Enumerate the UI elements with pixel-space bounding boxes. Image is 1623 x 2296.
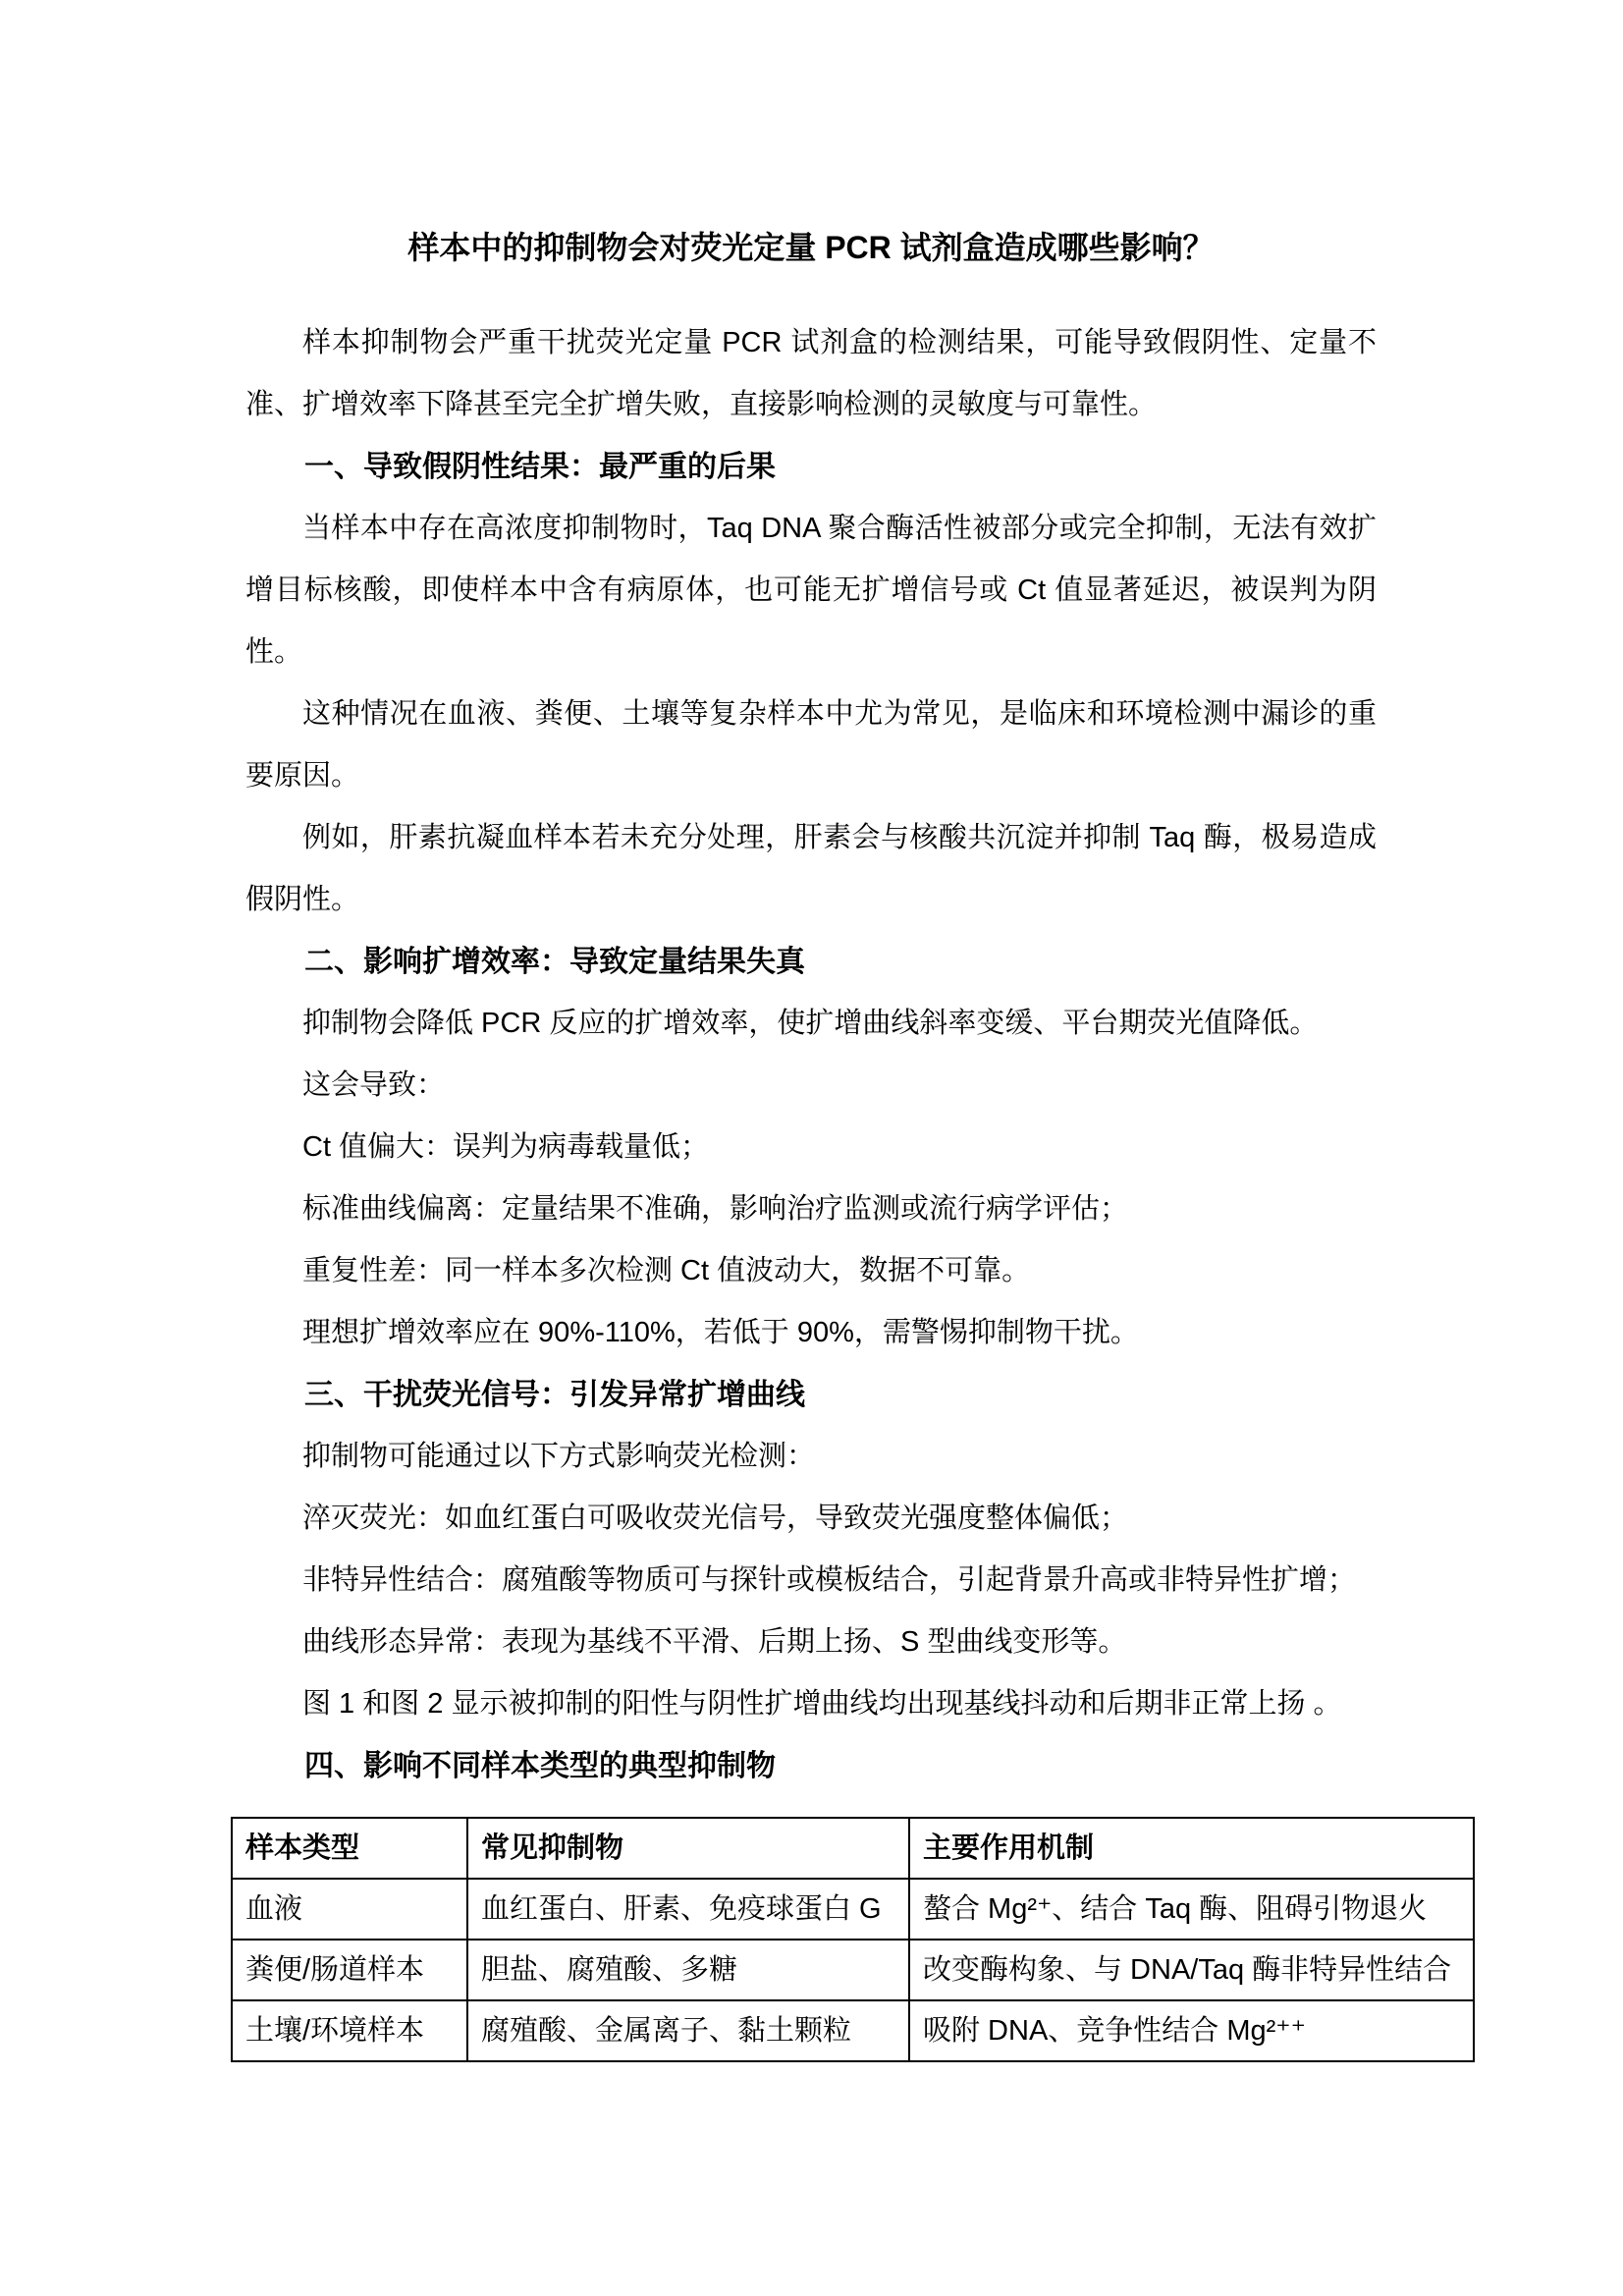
table-row: 粪便/肠道样本胆盐、腐殖酸、多糖改变酶构象、与 DNA/Taq 酶非特异性结合 bbox=[232, 1940, 1474, 2000]
table-cell: 血红蛋白、肝素、免疫球蛋白 G bbox=[467, 1879, 909, 1940]
table-cell: 腐殖酸、金属离子、黏土颗粒 bbox=[467, 2000, 909, 2061]
section-heading: 一、导致假阴性结果：最严重的后果 bbox=[245, 436, 1377, 498]
table-header-cell: 样本类型 bbox=[232, 1818, 467, 1879]
table-header-row: 样本类型常见抑制物主要作用机制 bbox=[232, 1818, 1474, 1879]
table-cell: 血液 bbox=[232, 1879, 467, 1940]
body-paragraph: 标准曲线偏离：定量结果不准确，影响治疗监测或流行病学评估； bbox=[245, 1178, 1377, 1240]
table-row: 土壤/环境样本腐殖酸、金属离子、黏土颗粒吸附 DNA、竞争性结合 Mg²⁺⁺ bbox=[232, 2000, 1474, 2061]
body-paragraph: 淬灭荧光：如血红蛋白可吸收荧光信号，导致荧光强度整体偏低； bbox=[245, 1488, 1377, 1550]
body-paragraph: 这种情况在血液、粪便、土壤等复杂样本中尤为常见，是临床和环境检测中漏诊的重要原因… bbox=[245, 683, 1377, 807]
body-paragraph: 抑制物会降低 PCR 反应的扩增效率，使扩增曲线斜率变缓、平台期荧光值降低。 bbox=[245, 993, 1377, 1055]
body-paragraph: 非特异性结合：腐殖酸等物质可与探针或模板结合，引起背景升高或非特异性扩增； bbox=[245, 1550, 1377, 1612]
section-heading: 四、影响不同样本类型的典型抑制物 bbox=[245, 1735, 1377, 1797]
table-cell: 土壤/环境样本 bbox=[232, 2000, 467, 2061]
body-paragraph: 理想扩增效率应在 90%-110%，若低于 90%，需警惕抑制物干扰。 bbox=[245, 1302, 1377, 1364]
body-paragraph: 样本抑制物会严重干扰荧光定量 PCR 试剂盒的检测结果，可能导致假阴性、定量不准… bbox=[245, 312, 1377, 436]
inhibitors-table: 样本类型常见抑制物主要作用机制 血液血红蛋白、肝素、免疫球蛋白 G螯合 Mg²⁺… bbox=[231, 1817, 1475, 2062]
table-cell: 胆盐、腐殖酸、多糖 bbox=[467, 1940, 909, 2000]
table-header-cell: 常见抑制物 bbox=[467, 1818, 909, 1879]
body-paragraph: 这会导致： bbox=[245, 1055, 1377, 1117]
table-header-cell: 主要作用机制 bbox=[909, 1818, 1474, 1879]
document-title: 样本中的抑制物会对荧光定量 PCR 试剂盒造成哪些影响？ bbox=[245, 226, 1377, 269]
body-paragraph: 抑制物可能通过以下方式影响荧光检测： bbox=[245, 1426, 1377, 1488]
body-paragraph: 当样本中存在高浓度抑制物时，Taq DNA 聚合酶活性被部分或完全抑制，无法有效… bbox=[245, 498, 1377, 683]
section-heading: 二、影响扩增效率：导致定量结果失真 bbox=[245, 931, 1377, 993]
section-heading: 三、干扰荧光信号：引发异常扩增曲线 bbox=[245, 1364, 1377, 1426]
body-paragraph: 例如，肝素抗凝血样本若未充分处理，肝素会与核酸共沉淀并抑制 Taq 酶，极易造成… bbox=[245, 807, 1377, 931]
table-cell: 螯合 Mg²⁺、结合 Taq 酶、阻碍引物退火 bbox=[909, 1879, 1474, 1940]
table-cell: 改变酶构象、与 DNA/Taq 酶非特异性结合 bbox=[909, 1940, 1474, 2000]
body-paragraph: 图 1 和图 2 显示被抑制的阳性与阴性扩增曲线均出现基线抖动和后期非正常上扬 … bbox=[245, 1673, 1377, 1735]
table-cell: 粪便/肠道样本 bbox=[232, 1940, 467, 2000]
body-paragraph: 重复性差：同一样本多次检测 Ct 值波动大，数据不可靠。 bbox=[245, 1240, 1377, 1302]
body-paragraph: 曲线形态异常：表现为基线不平滑、后期上扬、S 型曲线变形等。 bbox=[245, 1612, 1377, 1673]
table-row: 血液血红蛋白、肝素、免疫球蛋白 G螯合 Mg²⁺、结合 Taq 酶、阻碍引物退火 bbox=[232, 1879, 1474, 1940]
body-paragraph: Ct 值偏大：误判为病毒载量低； bbox=[245, 1117, 1377, 1178]
document-body: 样本抑制物会严重干扰荧光定量 PCR 试剂盒的检测结果，可能导致假阴性、定量不准… bbox=[245, 312, 1377, 1797]
document-page: 样本中的抑制物会对荧光定量 PCR 试剂盒造成哪些影响？ 样本抑制物会严重干扰荧… bbox=[0, 0, 1623, 2296]
table-cell: 吸附 DNA、竞争性结合 Mg²⁺⁺ bbox=[909, 2000, 1474, 2061]
